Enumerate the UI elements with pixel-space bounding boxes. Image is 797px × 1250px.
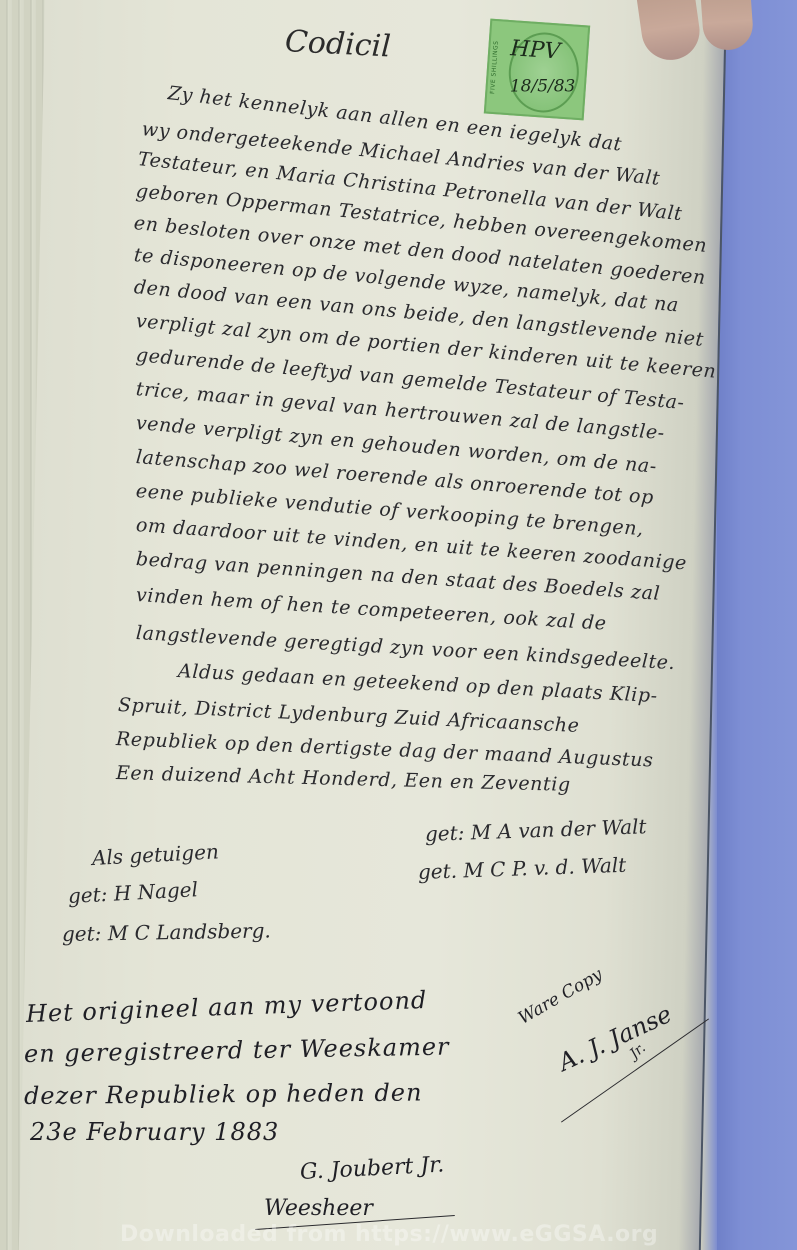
certification-date: 23e February 1883	[30, 1118, 279, 1146]
document-title: Codicil	[284, 24, 391, 64]
document-photo: FIVE SHILLINGS HPV 18/5/83 Codicil Zy he…	[0, 0, 797, 1250]
stamp-cancellation-initials: HPV	[510, 36, 562, 64]
stamp-cancellation-date: 18/5/83	[510, 76, 576, 96]
download-watermark: Downloaded from https://www.eGGSA.org	[120, 1222, 658, 1247]
certification-line: dezer Republiek op heden den	[24, 1079, 423, 1110]
revenue-stamp: FIVE SHILLINGS HPV 18/5/83	[484, 19, 590, 121]
stamp-denomination: FIVE SHILLINGS	[488, 27, 506, 108]
certification-signature-title: Weesheer	[264, 1196, 373, 1221]
blue-book-cover	[717, 0, 797, 1250]
holding-fingers	[640, 0, 760, 70]
witness-signature: get: M C Landsberg.	[62, 918, 271, 946]
